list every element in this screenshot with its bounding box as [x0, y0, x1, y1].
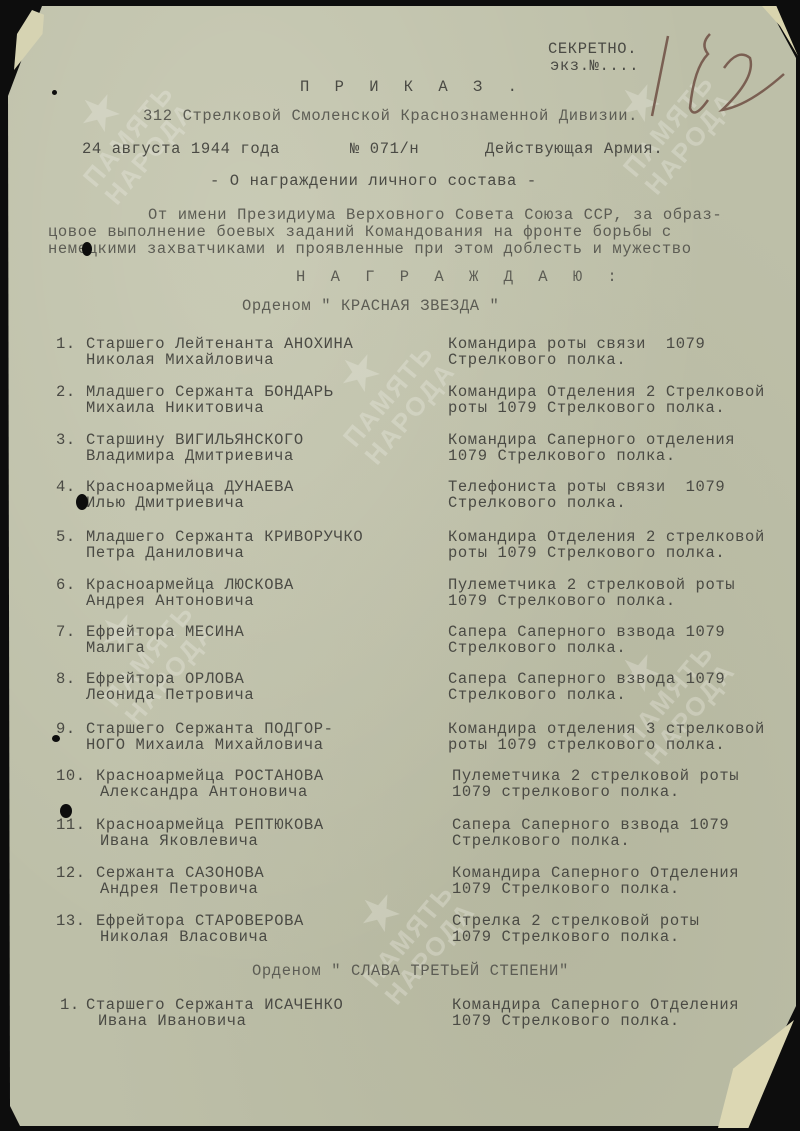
text-line: роты 1079 стрелкового полка.	[448, 736, 725, 754]
text-line: Стрелкового полка.	[448, 351, 626, 369]
punch-hole	[76, 494, 88, 510]
order-location: Действующая Армия.	[485, 140, 663, 158]
preamble-line-1: От имени Президиума Верховного Совета Со…	[148, 206, 722, 224]
text-line: Николая Власовича	[100, 928, 268, 946]
text-line: Малига	[86, 639, 145, 657]
text-line: 6.	[56, 576, 76, 594]
text-line: 13.	[56, 912, 86, 930]
handwritten-number	[638, 28, 788, 118]
text-line: 1079 Стрелкового полка.	[448, 592, 676, 610]
text-line: Николая Михайловича	[86, 351, 274, 369]
text-line: Александра Антоновича	[100, 783, 308, 801]
text-line: роты 1079 Стрелкового полка.	[448, 399, 725, 417]
text-line: 1.	[56, 335, 76, 353]
award-heading: Н А Г Р А Ж Д А Ю :	[296, 268, 625, 286]
text-line: 1079 Стрелкового полка.	[452, 928, 680, 946]
order-title-glory: Орденом " СЛАВА ТРЕТЬЕЙ СТЕПЕНИ"	[252, 962, 569, 980]
text-line: Андрея Антоновича	[86, 592, 254, 610]
order-title-red-star: Орденом " КРАСНАЯ ЗВЕЗДА "	[242, 297, 499, 315]
text-line: Ивана Ивановича	[98, 1012, 247, 1030]
punch-hole	[82, 242, 92, 256]
ink-blot	[52, 735, 60, 742]
order-subject: - О награждении личного состава -	[210, 172, 537, 190]
text-line: Андрея Петровича	[100, 880, 258, 898]
text-line: Стрелкового полка.	[448, 494, 626, 512]
order-number: № 071/н	[350, 140, 419, 158]
text-line: Стрелкового полка.	[448, 686, 626, 704]
text-line: Михаила Никитовича	[86, 399, 264, 417]
text-line: Петра Даниловича	[86, 544, 244, 562]
preamble-line-2: цовое выполнение боевых заданий Командов…	[48, 223, 672, 241]
text-line: 5.	[56, 528, 76, 546]
text-line: 3.	[56, 431, 76, 449]
preamble-line-3: немецкими захватчиками и проявленные при…	[48, 240, 692, 258]
text-line: Владимира Дмитриевича	[86, 447, 294, 465]
copy-number: экз.№....	[550, 57, 639, 75]
unit-name: 312 Стрелковой Смоленской Краснознаменно…	[143, 107, 638, 125]
text-line: 4.	[56, 478, 76, 496]
text-line: 1079 Стрелкового полка.	[452, 1012, 680, 1030]
text-line: 1079 Стрелкового полка.	[452, 880, 680, 898]
text-line: 8.	[56, 670, 76, 688]
text-line: Леонида Петровича	[86, 686, 254, 704]
text-line: 11.	[56, 816, 86, 834]
text-line: 2.	[56, 383, 76, 401]
text-line: 7.	[56, 623, 76, 641]
text-line: 12.	[56, 864, 86, 882]
text-line: Ивана Яковлевича	[100, 832, 258, 850]
text-line: 1079 Стрелкового полка.	[448, 447, 676, 465]
text-line: 1.	[60, 996, 80, 1014]
punch-hole	[60, 804, 72, 818]
text-line: Илью Дмитриевича	[86, 494, 244, 512]
text-line: Стрелкового полка.	[448, 639, 626, 657]
text-line: роты 1079 Стрелкового полка.	[448, 544, 725, 562]
text-line: 1079 стрелкового полка.	[452, 783, 680, 801]
text-line: НОГО Михаила Михайловича	[86, 736, 324, 754]
text-line: 10.	[56, 767, 86, 785]
order-date: 24 августа 1944 года	[82, 140, 280, 158]
text-line: Стрелкового полка.	[452, 832, 630, 850]
ink-blot	[52, 90, 57, 95]
classification-label: СЕКРЕТНО.	[548, 40, 637, 58]
document-title: П Р И К А З .	[300, 78, 525, 96]
